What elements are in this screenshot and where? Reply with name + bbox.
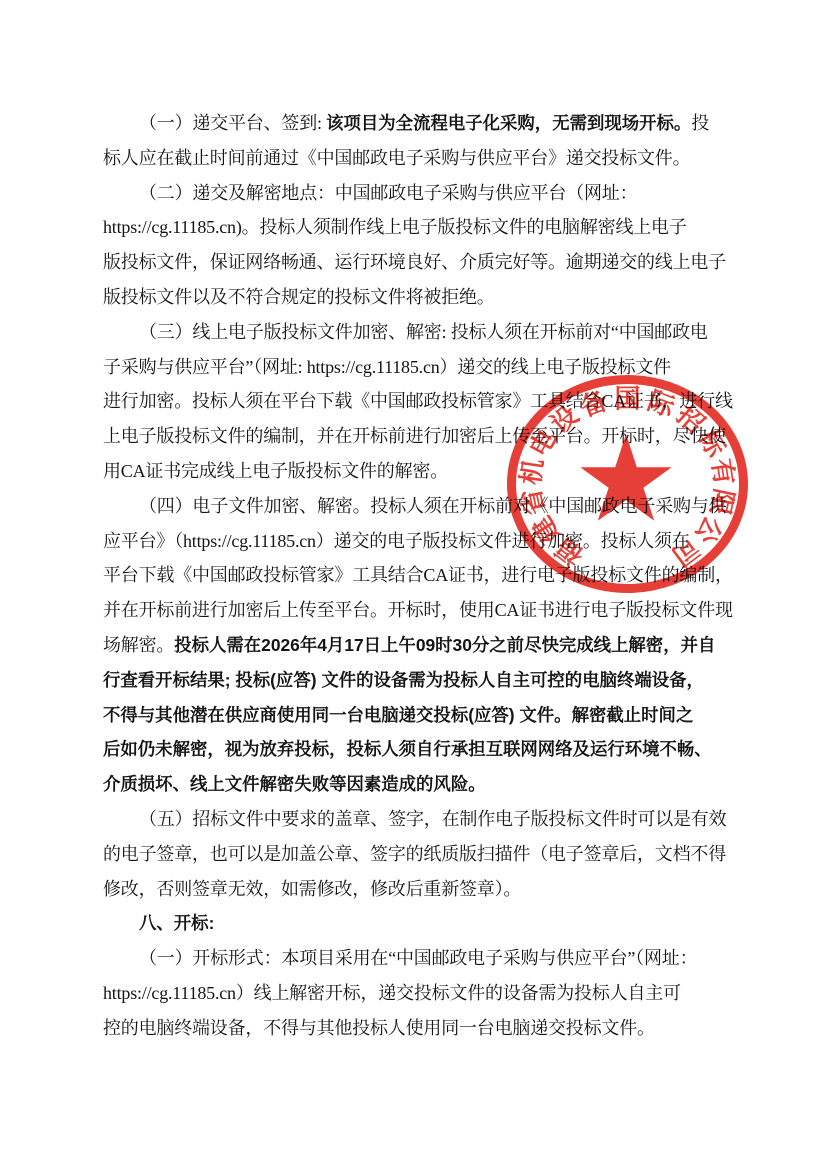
text-line: 修改，否则签章无效，如需修改，修改后重新签章）。	[103, 872, 731, 907]
text-line: 行查看开标结果; 投标(应答) 文件的设备需为投标人自主可控的电脑终端设备，	[103, 663, 731, 698]
text-segment: 标人应在截止时间前通过《中国邮政电子采购与供应平台》递交投标文件。	[103, 148, 690, 168]
text-line: 后如仍未解密，视为放弃投标，投标人须自行承担互联网网络及运行环境不畅、	[103, 732, 731, 767]
text-line: 控的电脑终端设备，不得与其他投标人使用同一台电脑递交投标文件。	[103, 1011, 731, 1046]
text-line: https://cg.11185.cn）线上解密开标，递交投标文件的设备需为投标…	[103, 976, 731, 1011]
text-segment: 不得与其他潜在供应商使用同一台电脑递交投标(应答) 文件。解密截止时间之	[103, 705, 693, 725]
text-segment: 进行加密。投标人须在平台下载《中国邮政投标管家》工具结合CA证书，进行线	[103, 391, 733, 411]
text-segment: 应平台》（https://cg.11185.cn）递交的电子版投标文件进行加密。…	[103, 531, 690, 551]
text-line: （四）电子文件加密、解密。投标人须在开标前对《中国邮政电子采购与供	[103, 489, 731, 524]
text-segment: （一）开标形式：本项目采用在“中国邮政电子采购与供应平台”（网址：	[139, 948, 697, 968]
text-line: （三）线上电子版投标文件加密、解密: 投标人须在开标前对“中国邮政电	[103, 315, 731, 350]
text-line: 八、开标:	[103, 906, 731, 941]
text-segment: 八、开标:	[139, 913, 214, 933]
text-segment: 后如仍未解密，视为放弃投标，投标人须自行承担互联网网络及运行环境不畅、	[103, 739, 712, 759]
text-line: （一）递交平台、签到: 该项目为全流程电子化采购，无需到现场开标。投	[103, 106, 731, 141]
text-segment: 上电子版投标文件的编制，并在开标前进行加密后上传至平台。开标时，尽快使	[103, 426, 726, 446]
text-segment: 并在开标前进行加密后上传至平台。开标时，使用CA证书进行电子版投标文件现	[103, 600, 733, 620]
text-line: 应平台》（https://cg.11185.cn）递交的电子版投标文件进行加密。…	[103, 524, 731, 559]
text-line: 标人应在截止时间前通过《中国邮政电子采购与供应平台》递交投标文件。	[103, 141, 731, 176]
text-line: 进行加密。投标人须在平台下载《中国邮政投标管家》工具结合CA证书，进行线	[103, 384, 731, 419]
text-line: 的电子签章，也可以是加盖公章、签字的纸质版扫描件（电子签章后，文档不得	[103, 837, 731, 872]
text-segment: 行查看开标结果; 投标(应答) 文件的设备需为投标人自主可控的电脑终端设备，	[103, 670, 704, 690]
text-line: （二）递交及解密地点：中国邮政电子采购与供应平台（网址：	[103, 176, 731, 211]
text-line: 上电子版投标文件的编制，并在开标前进行加密后上传至平台。开标时，尽快使	[103, 419, 731, 454]
text-line: 子采购与供应平台”（网址: https://cg.11185.cn）递交的线上电…	[103, 350, 731, 385]
text-segment: 介质损坏、线上文件解密失败等因素造成的风险。	[103, 774, 486, 794]
text-line: 版投标文件以及不符合规定的投标文件将被拒绝。	[103, 280, 731, 315]
text-segment: （一）递交平台、签到:	[139, 113, 326, 133]
text-segment: 版投标文件，保证网络畅通、运行环境良好、介质完好等。逾期递交的线上电子	[103, 252, 726, 272]
text-line: https://cg.11185.cn)。投标人须制作线上电子版投标文件的电脑解…	[103, 210, 731, 245]
text-line: 平台下载《中国邮政投标管家》工具结合CA证书，进行电子版投标文件的编制，	[103, 558, 731, 593]
text-line: （五）招标文件中要求的盖章、签字，在制作电子版投标文件时可以是有效	[103, 802, 731, 837]
text-segment: 版投标文件以及不符合规定的投标文件将被拒绝。	[103, 287, 495, 307]
text-line: 介质损坏、线上文件解密失败等因素造成的风险。	[103, 767, 731, 802]
text-segment: 投标人需在2026年4月17日上午09时30分之前尽快完成线上解密，并自	[174, 635, 715, 655]
text-line: 版投标文件，保证网络畅通、运行环境良好、介质完好等。逾期递交的线上电子	[103, 245, 731, 280]
text-segment: 子采购与供应平台”（网址: https://cg.11185.cn）递交的线上电…	[103, 357, 671, 377]
text-segment: 控的电脑终端设备，不得与其他投标人使用同一台电脑递交投标文件。	[103, 1018, 655, 1038]
text-segment: 的电子签章，也可以是加盖公章、签字的纸质版扫描件（电子签章后，文档不得	[103, 844, 726, 864]
text-line: 不得与其他潜在供应商使用同一台电脑递交投标(应答) 文件。解密截止时间之	[103, 698, 731, 733]
document-body: （一）递交平台、签到: 该项目为全流程电子化采购，无需到现场开标。投标人应在截止…	[103, 106, 731, 1046]
text-line: 场解密。投标人需在2026年4月17日上午09时30分之前尽快完成线上解密，并自	[103, 628, 731, 663]
text-segment: （三）线上电子版投标文件加密、解密: 投标人须在开标前对“中国邮政电	[139, 322, 708, 342]
text-line: 并在开标前进行加密后上传至平台。开标时，使用CA证书进行电子版投标文件现	[103, 593, 731, 628]
text-segment: （五）招标文件中要求的盖章、签字，在制作电子版投标文件时可以是有效	[139, 809, 726, 829]
text-segment: （四）电子文件加密、解密。投标人须在开标前对《中国邮政电子采购与供	[139, 496, 726, 516]
text-segment: 该项目为全流程电子化采购，无需到现场开标。	[326, 113, 691, 133]
text-line: 用CA证书完成线上电子版投标文件的解密。	[103, 454, 731, 489]
text-segment: （二）递交及解密地点：中国邮政电子采购与供应平台（网址：	[139, 183, 637, 203]
text-line: （一）开标形式：本项目采用在“中国邮政电子采购与供应平台”（网址：	[103, 941, 731, 976]
text-segment: https://cg.11185.cn）线上解密开标，递交投标文件的设备需为投标…	[103, 983, 681, 1003]
text-segment: 平台下载《中国邮政投标管家》工具结合CA证书，进行电子版投标文件的编制，	[103, 565, 733, 585]
text-segment: https://cg.11185.cn)。投标人须制作线上电子版投标文件的电脑解…	[103, 217, 687, 237]
text-segment: 用CA证书完成线上电子版投标文件的解密。	[103, 461, 448, 481]
text-segment: 投	[691, 113, 709, 133]
text-segment: 修改，否则签章无效，如需修改，修改后重新签章）。	[103, 879, 521, 899]
text-segment: 场解密。	[103, 635, 174, 655]
